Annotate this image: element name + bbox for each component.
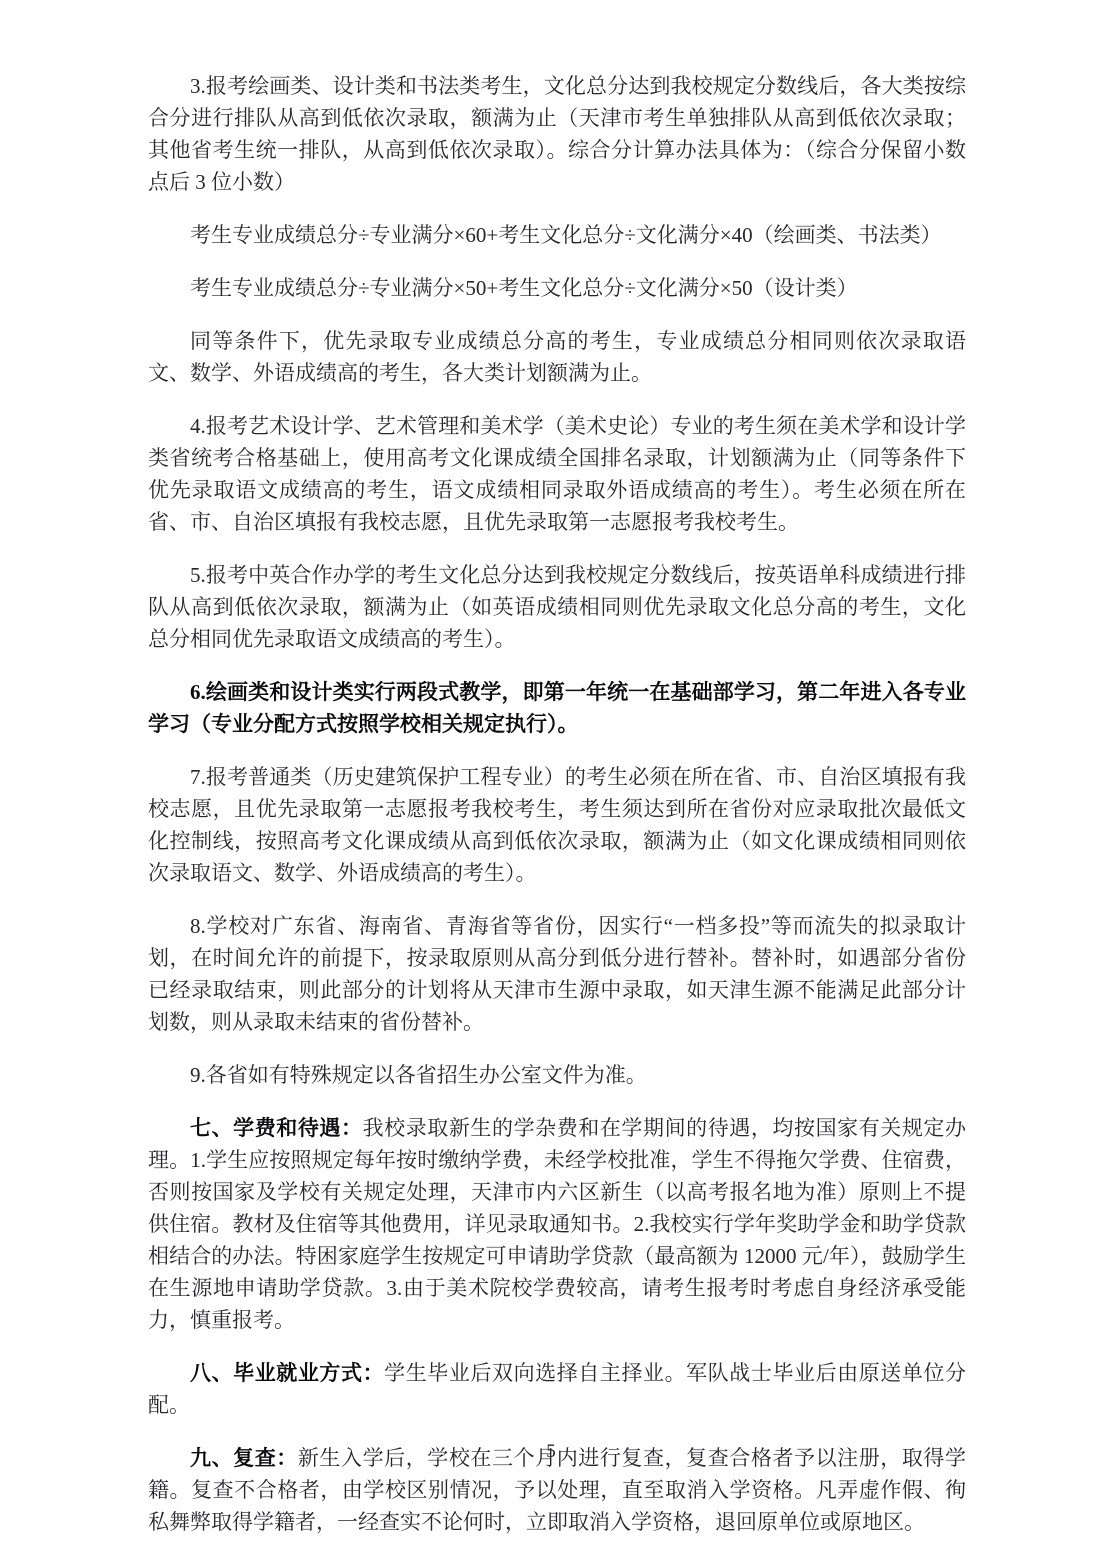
section-7-heading: 七、学费和待遇： (190, 1116, 363, 1140)
paragraph-item-5: 5.报考中英合作办学的考生文化总分达到我校规定分数线后，按英语单科成绩进行排队从… (148, 559, 966, 655)
paragraph-section-7-tuition: 七、学费和待遇：我校录取新生的学杂费和在学期间的待遇，均按国家有关规定办理。1.… (148, 1112, 966, 1336)
paragraph-item-3: 3.报考绘画类、设计类和书法类考生，文化总分达到我校规定分数线后，各大类按综合分… (148, 70, 966, 198)
paragraph-section-8-employment: 八、毕业就业方式：学生毕业后双向选择自主择业。军队战士毕业后由原送单位分配。 (148, 1357, 966, 1421)
document-page: 3.报考绘画类、设计类和书法类考生，文化总分达到我校规定分数线后，各大类按综合分… (148, 70, 966, 1538)
paragraph-tiebreak-rule: 同等条件下，优先录取专业成绩总分高的考生，专业成绩总分相同则依次录取语文、数学、… (148, 325, 966, 389)
section-8-heading: 八、毕业就业方式： (190, 1361, 384, 1385)
paragraph-item-6: 6.绘画类和设计类实行两段式教学，即第一年统一在基础部学习，第二年进入各专业学习… (148, 676, 966, 740)
formula-painting-calligraphy: 考生专业成绩总分÷专业满分×60+考生文化总分÷文化满分×40（绘画类、书法类） (148, 219, 966, 251)
section-7-body: 我校录取新生的学杂费和在学期间的待遇，均按国家有关规定办理。1.学生应按照规定每… (148, 1116, 966, 1332)
paragraph-item-9: 9.各省如有特殊规定以各省招生办公室文件为准。 (148, 1059, 966, 1091)
formula-design: 考生专业成绩总分÷专业满分×50+考生文化总分÷文化满分×50（设计类） (148, 272, 966, 304)
paragraph-item-8: 8.学校对广东省、海南省、青海省等省份，因实行“一档多投”等而流失的拟录取计划，… (148, 910, 966, 1038)
paragraph-item-4: 4.报考艺术设计学、艺术管理和美术学（美术史论）专业的考生须在美术学和设计学类省… (148, 410, 966, 538)
paragraph-item-7: 7.报考普通类（历史建筑保护工程专业）的考生必须在所在省、市、自治区填报有我校志… (148, 761, 966, 889)
page-number: 5 (0, 1440, 1102, 1464)
